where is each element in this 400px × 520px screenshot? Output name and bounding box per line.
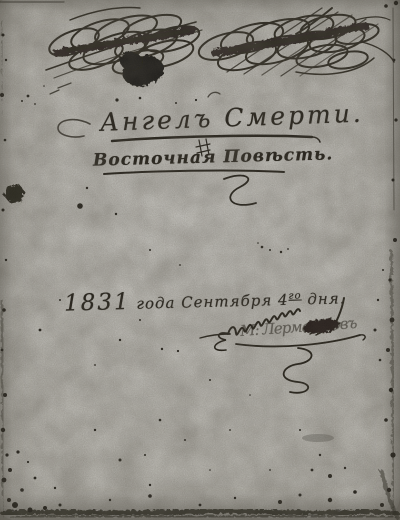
date-year: 1831 [64,289,131,317]
date-ordinal: го [288,290,301,301]
date-end: дня. [301,289,345,308]
paper-sheet [0,0,400,520]
date-middle: года Сентября 4 [130,291,288,313]
manuscript-photo: Ангелъ Смерти. Восточная Повѣсть. 1831 г… [0,0,400,520]
